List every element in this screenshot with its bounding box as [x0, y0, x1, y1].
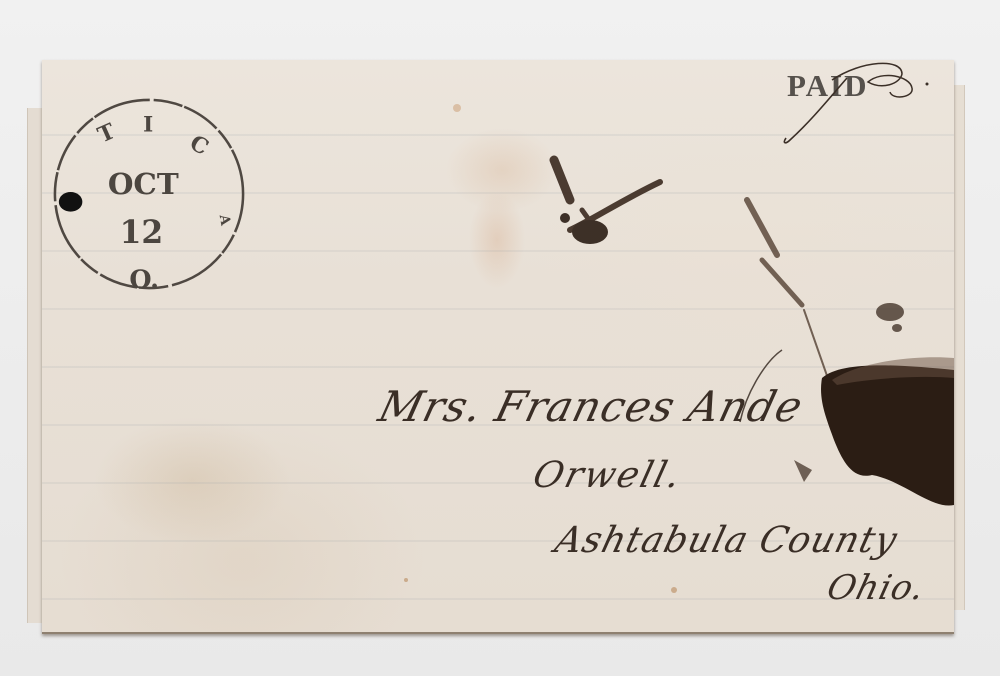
postmark-month: OCT — [108, 166, 179, 201]
postmark-letter-c: C — [185, 131, 212, 161]
address-line-state: Ohio. — [823, 568, 929, 608]
letter-cover: T I C A OCT 12 O. PAID — [42, 60, 954, 634]
postmark-letter-t: T — [94, 119, 119, 148]
address-line-town: Orwell. — [529, 455, 687, 496]
postmark-ring-icon: T I C A OCT 12 O. — [50, 96, 248, 292]
address-line-recipient: Mrs. Frances Ande — [374, 382, 808, 431]
address-line-county: Ashtabula County — [551, 520, 902, 561]
ink-dot — [59, 192, 83, 212]
postmark-letter-i: I — [143, 112, 153, 137]
manuscript-rate-flourish — [742, 40, 932, 150]
postmark-day: 12 — [120, 215, 164, 251]
postmark-letter-a: A — [215, 212, 233, 227]
circular-postmark: T I C A OCT 12 O. — [50, 96, 248, 292]
postmark-state: O. — [129, 265, 159, 292]
